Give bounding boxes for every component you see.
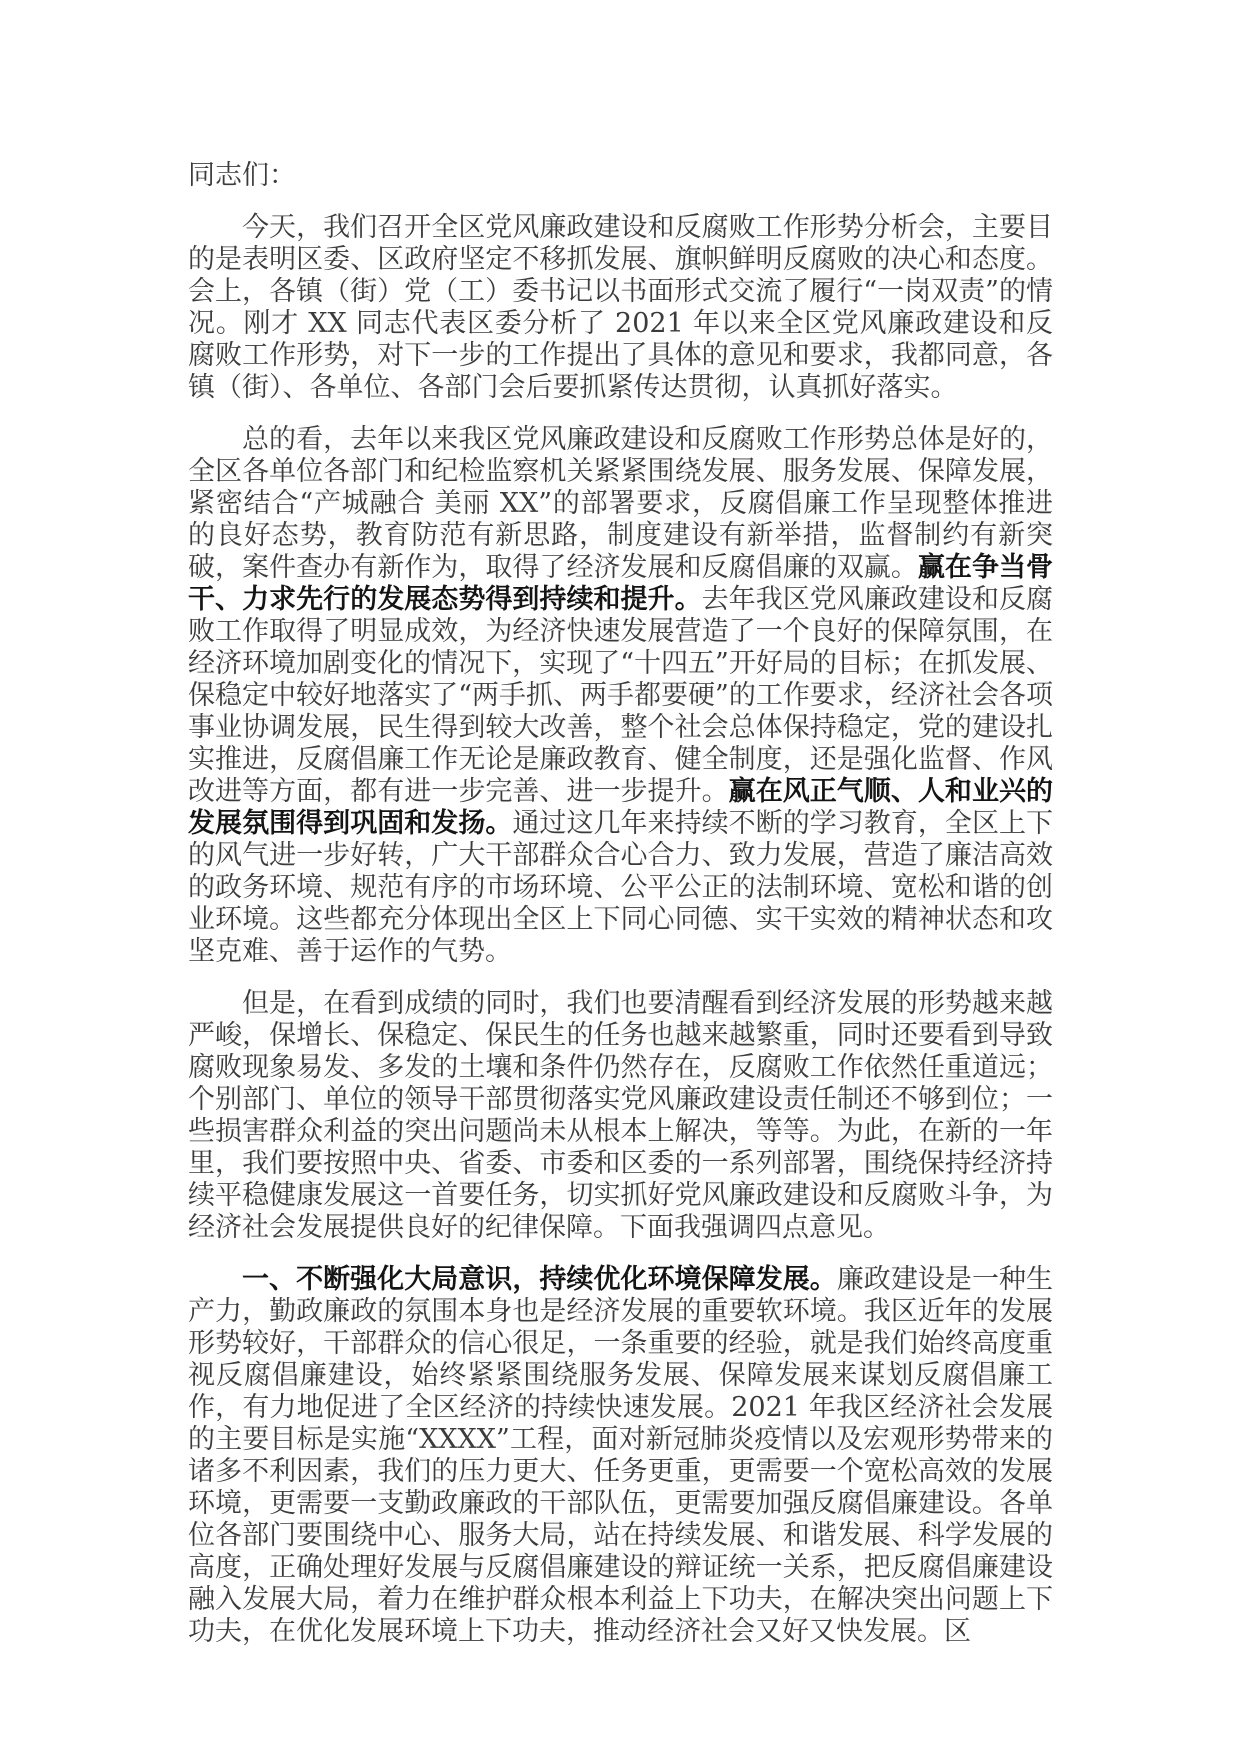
text-run: 今天，我们召开全区党风廉政建设和反腐败工作形势分析会，主要目的是表明区委、区政府… <box>188 212 1053 403</box>
body-paragraph: 今天，我们召开全区党风廉政建设和反腐败工作形势分析会，主要目的是表明区委、区政府… <box>188 212 1053 404</box>
body-paragraph: 但是，在看到成绩的同时，我们也要清醒看到经济发展的形势越来越严峻，保增长、保稳定… <box>188 988 1053 1244</box>
body-paragraph: 总的看，去年以来我区党风廉政建设和反腐败工作形势总体是好的，全区各单位各部门和纪… <box>188 424 1053 968</box>
text-run: 去年我区党风廉政建设和反腐败工作取得了明显成效，为经济快速发展营造了一个良好的保… <box>188 584 1053 807</box>
emphasis-text-run: 一、不断强化大局意识，持续优化环境保障发展。 <box>242 1264 837 1295</box>
document-body: 同志们： 今天，我们召开全区党风廉政建设和反腐败工作形势分析会，主要目的是表明区… <box>188 160 1053 1648</box>
body-paragraph: 一、不断强化大局意识，持续优化环境保障发展。廉政建设是一种生产力，勤政廉政的氛围… <box>188 1264 1053 1648</box>
text-run: 但是，在看到成绩的同时，我们也要清醒看到经济发展的形势越来越严峻，保增长、保稳定… <box>188 988 1053 1243</box>
paragraph-container: 今天，我们召开全区党风廉政建设和反腐败工作形势分析会，主要目的是表明区委、区政府… <box>188 212 1053 1648</box>
text-run: 廉政建设是一种生产力，勤政廉政的氛围本身也是经济发展的重要软环境。我区近年的发展… <box>188 1264 1053 1647</box>
salutation: 同志们： <box>188 160 1053 192</box>
document-page: 同志们： 今天，我们召开全区党风廉政建设和反腐败工作形势分析会，主要目的是表明区… <box>0 0 1240 1754</box>
